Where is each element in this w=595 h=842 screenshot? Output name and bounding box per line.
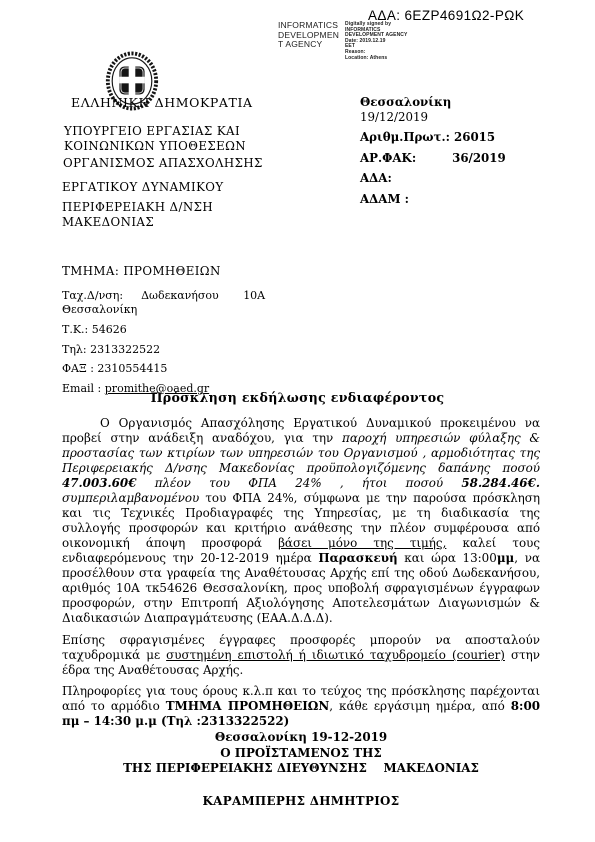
contact-block: Ταχ.Δ/νση:Δωδεκανήσου 10Α Θεσσαλονίκη Τ.…: [62, 289, 332, 401]
protocol-number-row: Αριθμ.Πρωτ.: 26015: [360, 130, 506, 144]
address-label: Ταχ.Δ/νση:: [62, 289, 123, 303]
signature-agency-name: INFORMATICSDEVELOPMENT AGENCY: [278, 21, 340, 61]
directorate-name: ΠΕΡΙΦΕΡΕΙΑΚΗ Δ/ΝΣΗΜΑΚΕΔΟΝΙΑΣ: [62, 200, 213, 229]
phone-value: 2313322522: [90, 343, 160, 356]
document-body: Ο Οργανισμός Απασχόλησης Εργατικού Δυναμ…: [62, 416, 540, 809]
digital-signature-stamp: INFORMATICSDEVELOPMENT AGENCY Digitally …: [278, 21, 407, 61]
signature-details: Digitally signed byINFORMATICSDEVELOPMEN…: [345, 21, 407, 61]
department-line: ΤΜΗΜΑ: ΠΡΟΜΗΘΕΙΩΝ: [62, 264, 221, 278]
document-page: ΑΔΑ: 6ΕΖΡ4691Ω2-ΡΩΚ INFORMATICSDEVELOPME…: [0, 0, 595, 842]
contact-phone: Τηλ: 2313322522: [62, 343, 332, 357]
file-value: 36/2019: [452, 151, 506, 165]
file-number-row: ΑΡ.ΦΑΚ: 36/2019: [360, 151, 506, 165]
closing-role-line2: ΤΗΣ ΠΕΡΙΦΕΡΕΙΑΚΗΣ ΔΙΕΥΘΥΝΣΗΣ ΜΑΚΕΔΟΝΙΑΣ: [62, 761, 540, 777]
file-label: ΑΡ.ΦΑΚ:: [360, 151, 448, 165]
ada-row: ΑΔΑ:: [360, 171, 506, 185]
fax-value: 2310554415: [97, 362, 167, 375]
adam-row: ΑΔΑΜ :: [360, 192, 506, 206]
fax-label: ΦΑΞ :: [62, 362, 94, 376]
adam-label: ΑΔΑΜ :: [360, 192, 448, 206]
document-title: Πρόσκληση εκδήλωσης ενδιαφέροντος: [0, 390, 595, 405]
postal-label: Τ.Κ.:: [62, 323, 88, 337]
header-date: 19/12/2019: [360, 110, 506, 124]
postal-value: 54626: [92, 323, 127, 336]
organization-name-line2: ΕΡΓΑΤΙΚΟΥ ΔΥΝΑΜΙΚΟΥ: [62, 180, 224, 194]
signatory-name: ΚΑΡΑΜΠΕΡΗΣ ΔΗΜΗΤΡΙΟΣ: [62, 794, 540, 809]
body-paragraph-1: Ο Οργανισμός Απασχόλησης Εργατικού Δυναμ…: [62, 416, 540, 626]
contact-address-city: Θεσσαλονίκη: [62, 303, 332, 317]
protocol-value: 26015: [454, 130, 495, 144]
closing-block: Θεσσαλονίκη 19-12-2019 Ο ΠΡΟΪΣΤΑΜΕΝΟΣ ΤΗ…: [62, 730, 540, 777]
republic-title: ΕΛΛΗΝΙΚΗ ΔΗΜΟΚΡΑΤΙΑ: [71, 95, 253, 110]
contact-address: Ταχ.Δ/νση:Δωδεκανήσου 10Α: [62, 289, 332, 303]
closing-date: Θεσσαλονίκη 19-12-2019: [62, 730, 540, 746]
closing-role-line1: Ο ΠΡΟΪΣΤΑΜΕΝΟΣ ΤΗΣ: [62, 746, 540, 762]
organization-name-line1: ΟΡΓΑΝΙΣΜΟΣ ΑΠΑΣΧΟΛΗΣΗΣ: [63, 156, 263, 170]
header-right-block: Θεσσαλονίκη 19/12/2019 Αριθμ.Πρωτ.: 2601…: [360, 95, 506, 212]
ada-label: ΑΔΑ:: [360, 171, 448, 185]
phone-label: Τηλ:: [62, 343, 87, 357]
address-value: Δωδεκανήσου 10Α: [141, 289, 265, 302]
body-paragraph-3: Πληροφορίες για τους όρους κ.λ.π και το …: [62, 684, 540, 729]
ministry-name: ΥΠΟΥΡΓΕΙΟ ΕΡΓΑΣΙΑΣ ΚΑΙΚΟΙΝΩΝΙΚΩΝ ΥΠΟΘΕΣΕ…: [64, 124, 246, 153]
header-city: Θεσσαλονίκη: [360, 95, 506, 109]
contact-fax: ΦΑΞ : 2310554415: [62, 362, 332, 376]
protocol-label: Αριθμ.Πρωτ.:: [360, 130, 450, 144]
body-paragraph-2: Επίσης σφραγισμένες έγγραφες προσφορές μ…: [62, 633, 540, 678]
contact-postal-code: Τ.Κ.: 54626: [62, 323, 332, 337]
